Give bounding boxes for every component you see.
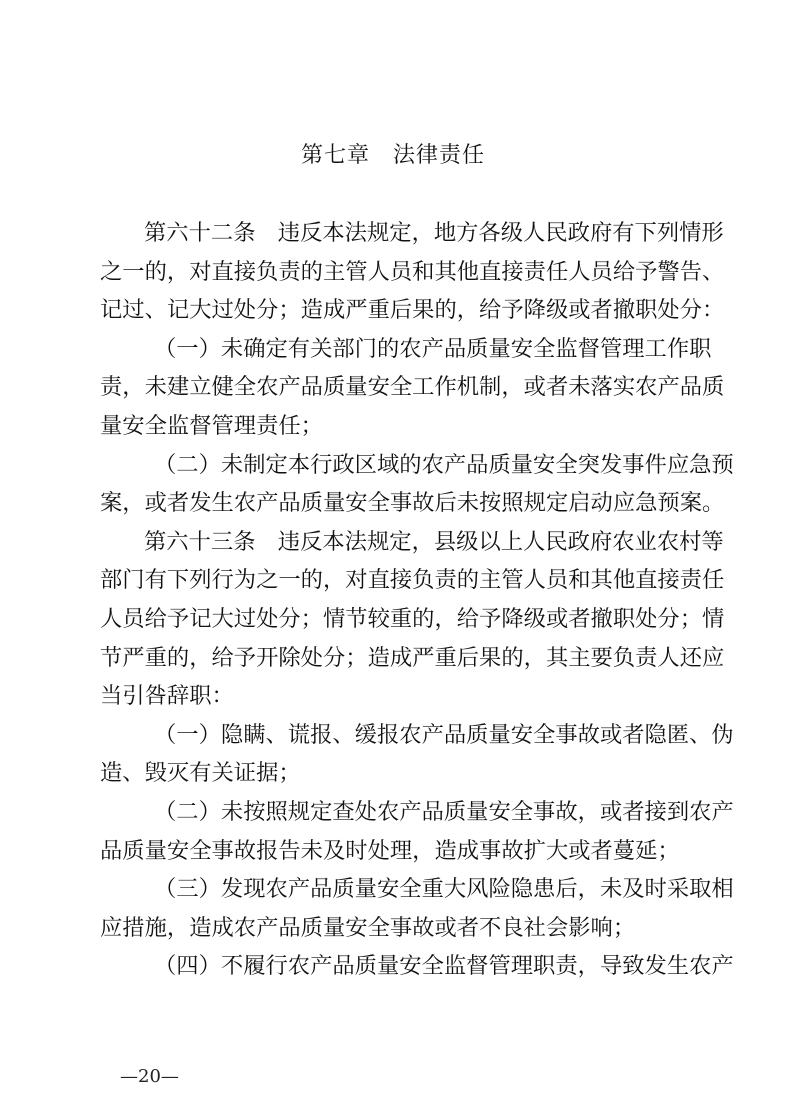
text-line: 第六十二条 违反本法规定，地方各级人民政府有下列情形: [100, 214, 690, 253]
text-line: （一）隐瞒、谎报、缓报农产品质量安全事故或者隐匿、伪: [100, 716, 690, 755]
text-line: （三）发现农产品质量安全重大风险隐患后，未及时采取相: [100, 870, 690, 909]
text-line: 品质量安全事故报告未及时处理，造成事故扩大或者蔓延；: [100, 832, 690, 871]
text-line: 节严重的，给予开除处分；造成严重后果的，其主要负责人还应: [100, 639, 690, 678]
text-line: 当引咎辞职：: [100, 677, 690, 716]
text-line: 第六十三条 违反本法规定，县级以上人民政府农业农村等: [100, 523, 690, 562]
text-line: 案，或者发生农产品质量安全事故后未按照规定启动应急预案。: [100, 484, 690, 523]
text-line: 部门有下列行为之一的，对直接负责的主管人员和其他直接责任: [100, 561, 690, 600]
chapter-title: 第七章 法律责任: [0, 137, 786, 175]
text-line: 人员给予记大过处分；情节较重的，给予降级或者撤职处分；情: [100, 600, 690, 639]
text-line: 应措施，造成农产品质量安全事故或者不良社会影响；: [100, 909, 690, 948]
document-body: 第六十二条 违反本法规定，地方各级人民政府有下列情形之一的，对直接负责的主管人员…: [100, 214, 690, 986]
text-line: 记过、记大过处分；造成严重后果的，给予降级或者撤职处分：: [100, 291, 690, 330]
document-page: 第七章 法律责任 第六十二条 违反本法规定，地方各级人民政府有下列情形之一的，对…: [0, 0, 786, 1114]
text-line: （二）未制定本行政区域的农产品质量安全突发事件应急预: [100, 446, 690, 485]
text-line: 之一的，对直接负责的主管人员和其他直接责任人员给予警告、: [100, 253, 690, 292]
text-line: （四）不履行农产品质量安全监督管理职责，导致发生农产: [100, 947, 690, 986]
text-line: （一）未确定有关部门的农产品质量安全监督管理工作职: [100, 330, 690, 369]
text-line: 量安全监督管理责任；: [100, 407, 690, 446]
text-line: （二）未按照规定查处农产品质量安全事故，或者接到农产: [100, 793, 690, 832]
text-line: 造、毁灭有关证据；: [100, 754, 690, 793]
text-line: 责，未建立健全农产品质量安全工作机制，或者未落实农产品质: [100, 368, 690, 407]
page-number: —20—: [120, 1066, 179, 1087]
